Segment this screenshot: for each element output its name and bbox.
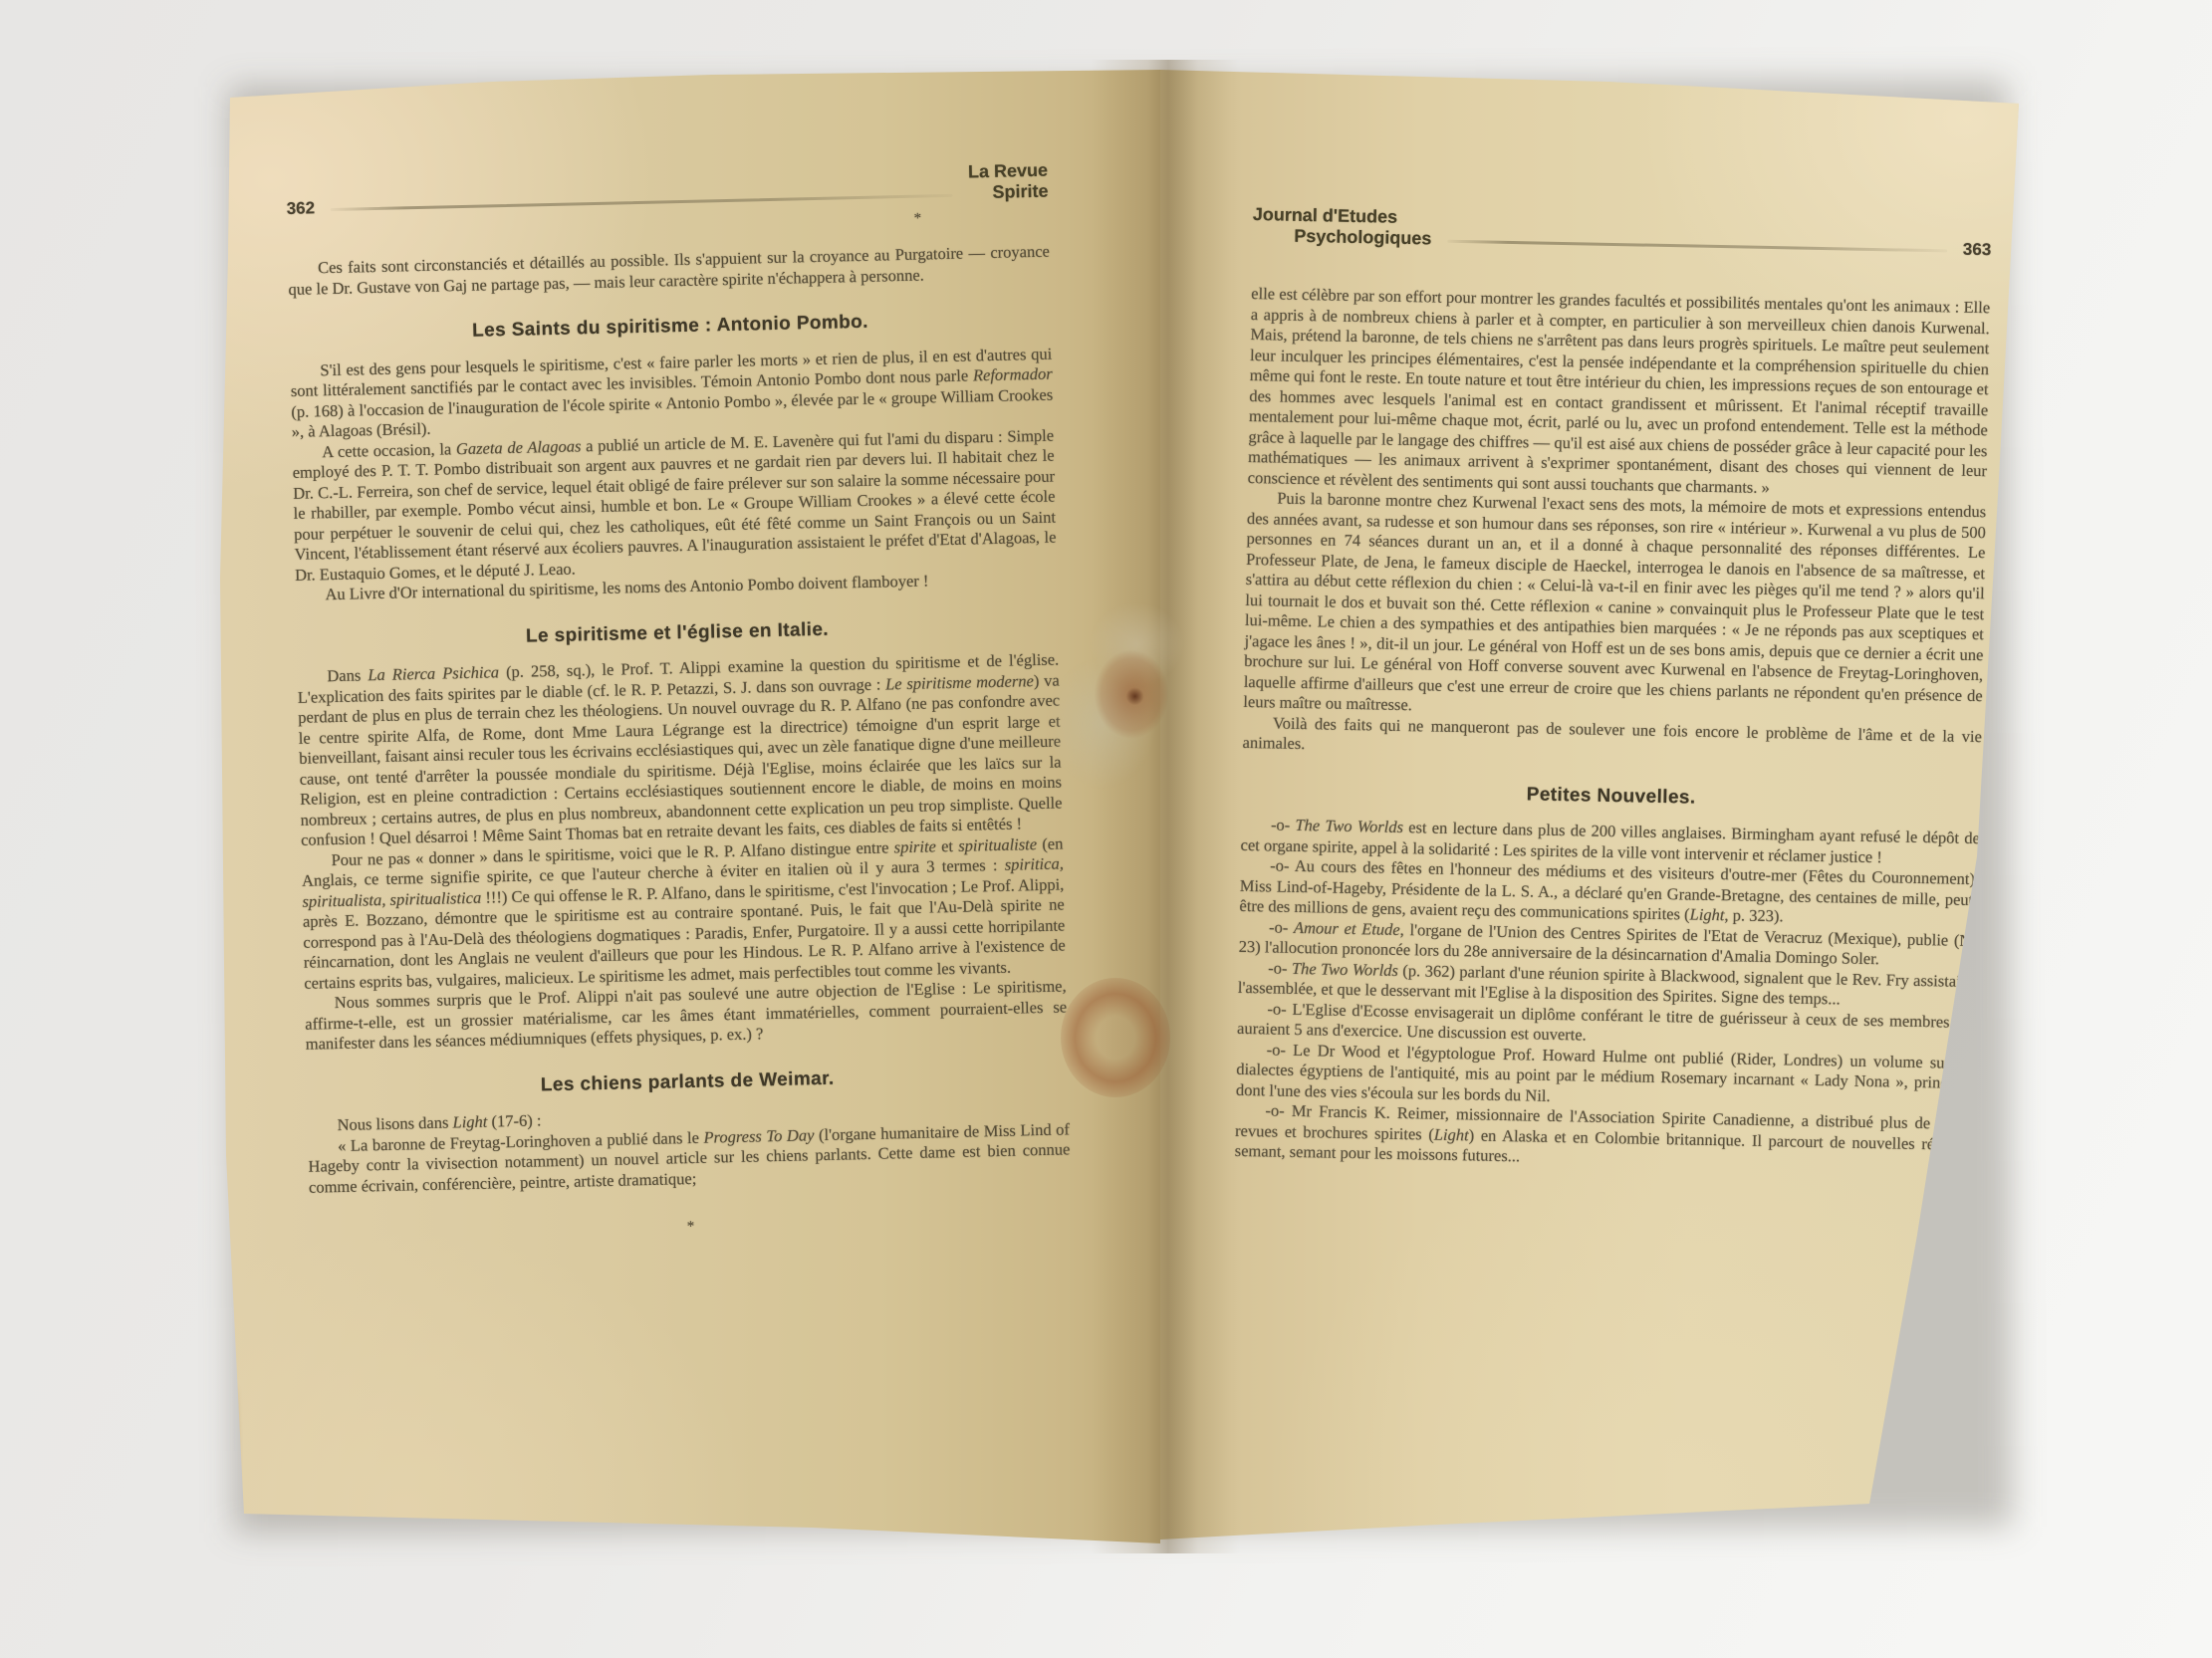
- journal-title-line1: La Revue: [968, 160, 1049, 183]
- journal-title-line2: Psychologiques: [1252, 225, 1431, 249]
- paragraph: Pour ne pas « donner » dans le spiritism…: [301, 833, 1066, 994]
- paragraph: elle est célèbre par son effort pour mon…: [1248, 284, 1991, 502]
- right-page-body: elle est célèbre par son effort pour mon…: [1235, 284, 1991, 1176]
- section-heading: Le spiritisme et l'église en Italie.: [296, 614, 1058, 652]
- right-text-column: Journal d'Etudes Psychologiques 363 elle…: [1235, 204, 1992, 1176]
- right-header-rule: [1447, 240, 1947, 253]
- left-text-column: 362 La Revue Spirite * Ces faits sont ci…: [286, 160, 1072, 1247]
- section-heading: Petites Nouvelles.: [1242, 779, 1981, 814]
- section-heading: Les chiens parlants de Weimar.: [307, 1064, 1069, 1101]
- paragraph: Ces faits sont circonstanciés et détaill…: [288, 242, 1051, 300]
- paragraph: A cette occasion, la Gazeta de Alagoas a…: [292, 425, 1057, 586]
- paragraph: Dans La Rierca Psichica (p. 258, sq.), l…: [297, 650, 1063, 851]
- journal-title-left: La Revue Spirite: [968, 160, 1049, 204]
- left-page-number: 362: [286, 198, 315, 219]
- paragraph: Puis la baronne montre chez Kurwenal l'e…: [1243, 488, 1986, 727]
- open-journal: 362 La Revue Spirite * Ces faits sont ci…: [214, 60, 2037, 1553]
- left-page-body: Ces faits sont circonstanciés et détaill…: [288, 242, 1071, 1198]
- journal-title-line1: Journal d'Etudes: [1253, 204, 1432, 228]
- paragraph: -o- Mr Francis K. Reimer, missionnaire d…: [1235, 1100, 1975, 1176]
- journal-title-line2: Spirite: [968, 181, 1049, 204]
- right-page-number: 363: [1963, 239, 1992, 260]
- page-edge-stain: [216, 1384, 238, 1534]
- left-page: 362 La Revue Spirite * Ces faits sont ci…: [214, 60, 1160, 1553]
- left-header-rule: [331, 194, 952, 211]
- end-separator-star: *: [310, 1208, 1072, 1246]
- journal-title-right: Journal d'Etudes Psychologiques: [1252, 204, 1432, 249]
- section-heading: Les Saints du spiritisme : Antonio Pombo…: [289, 309, 1051, 347]
- right-page: Journal d'Etudes Psychologiques 363 elle…: [1160, 60, 2037, 1553]
